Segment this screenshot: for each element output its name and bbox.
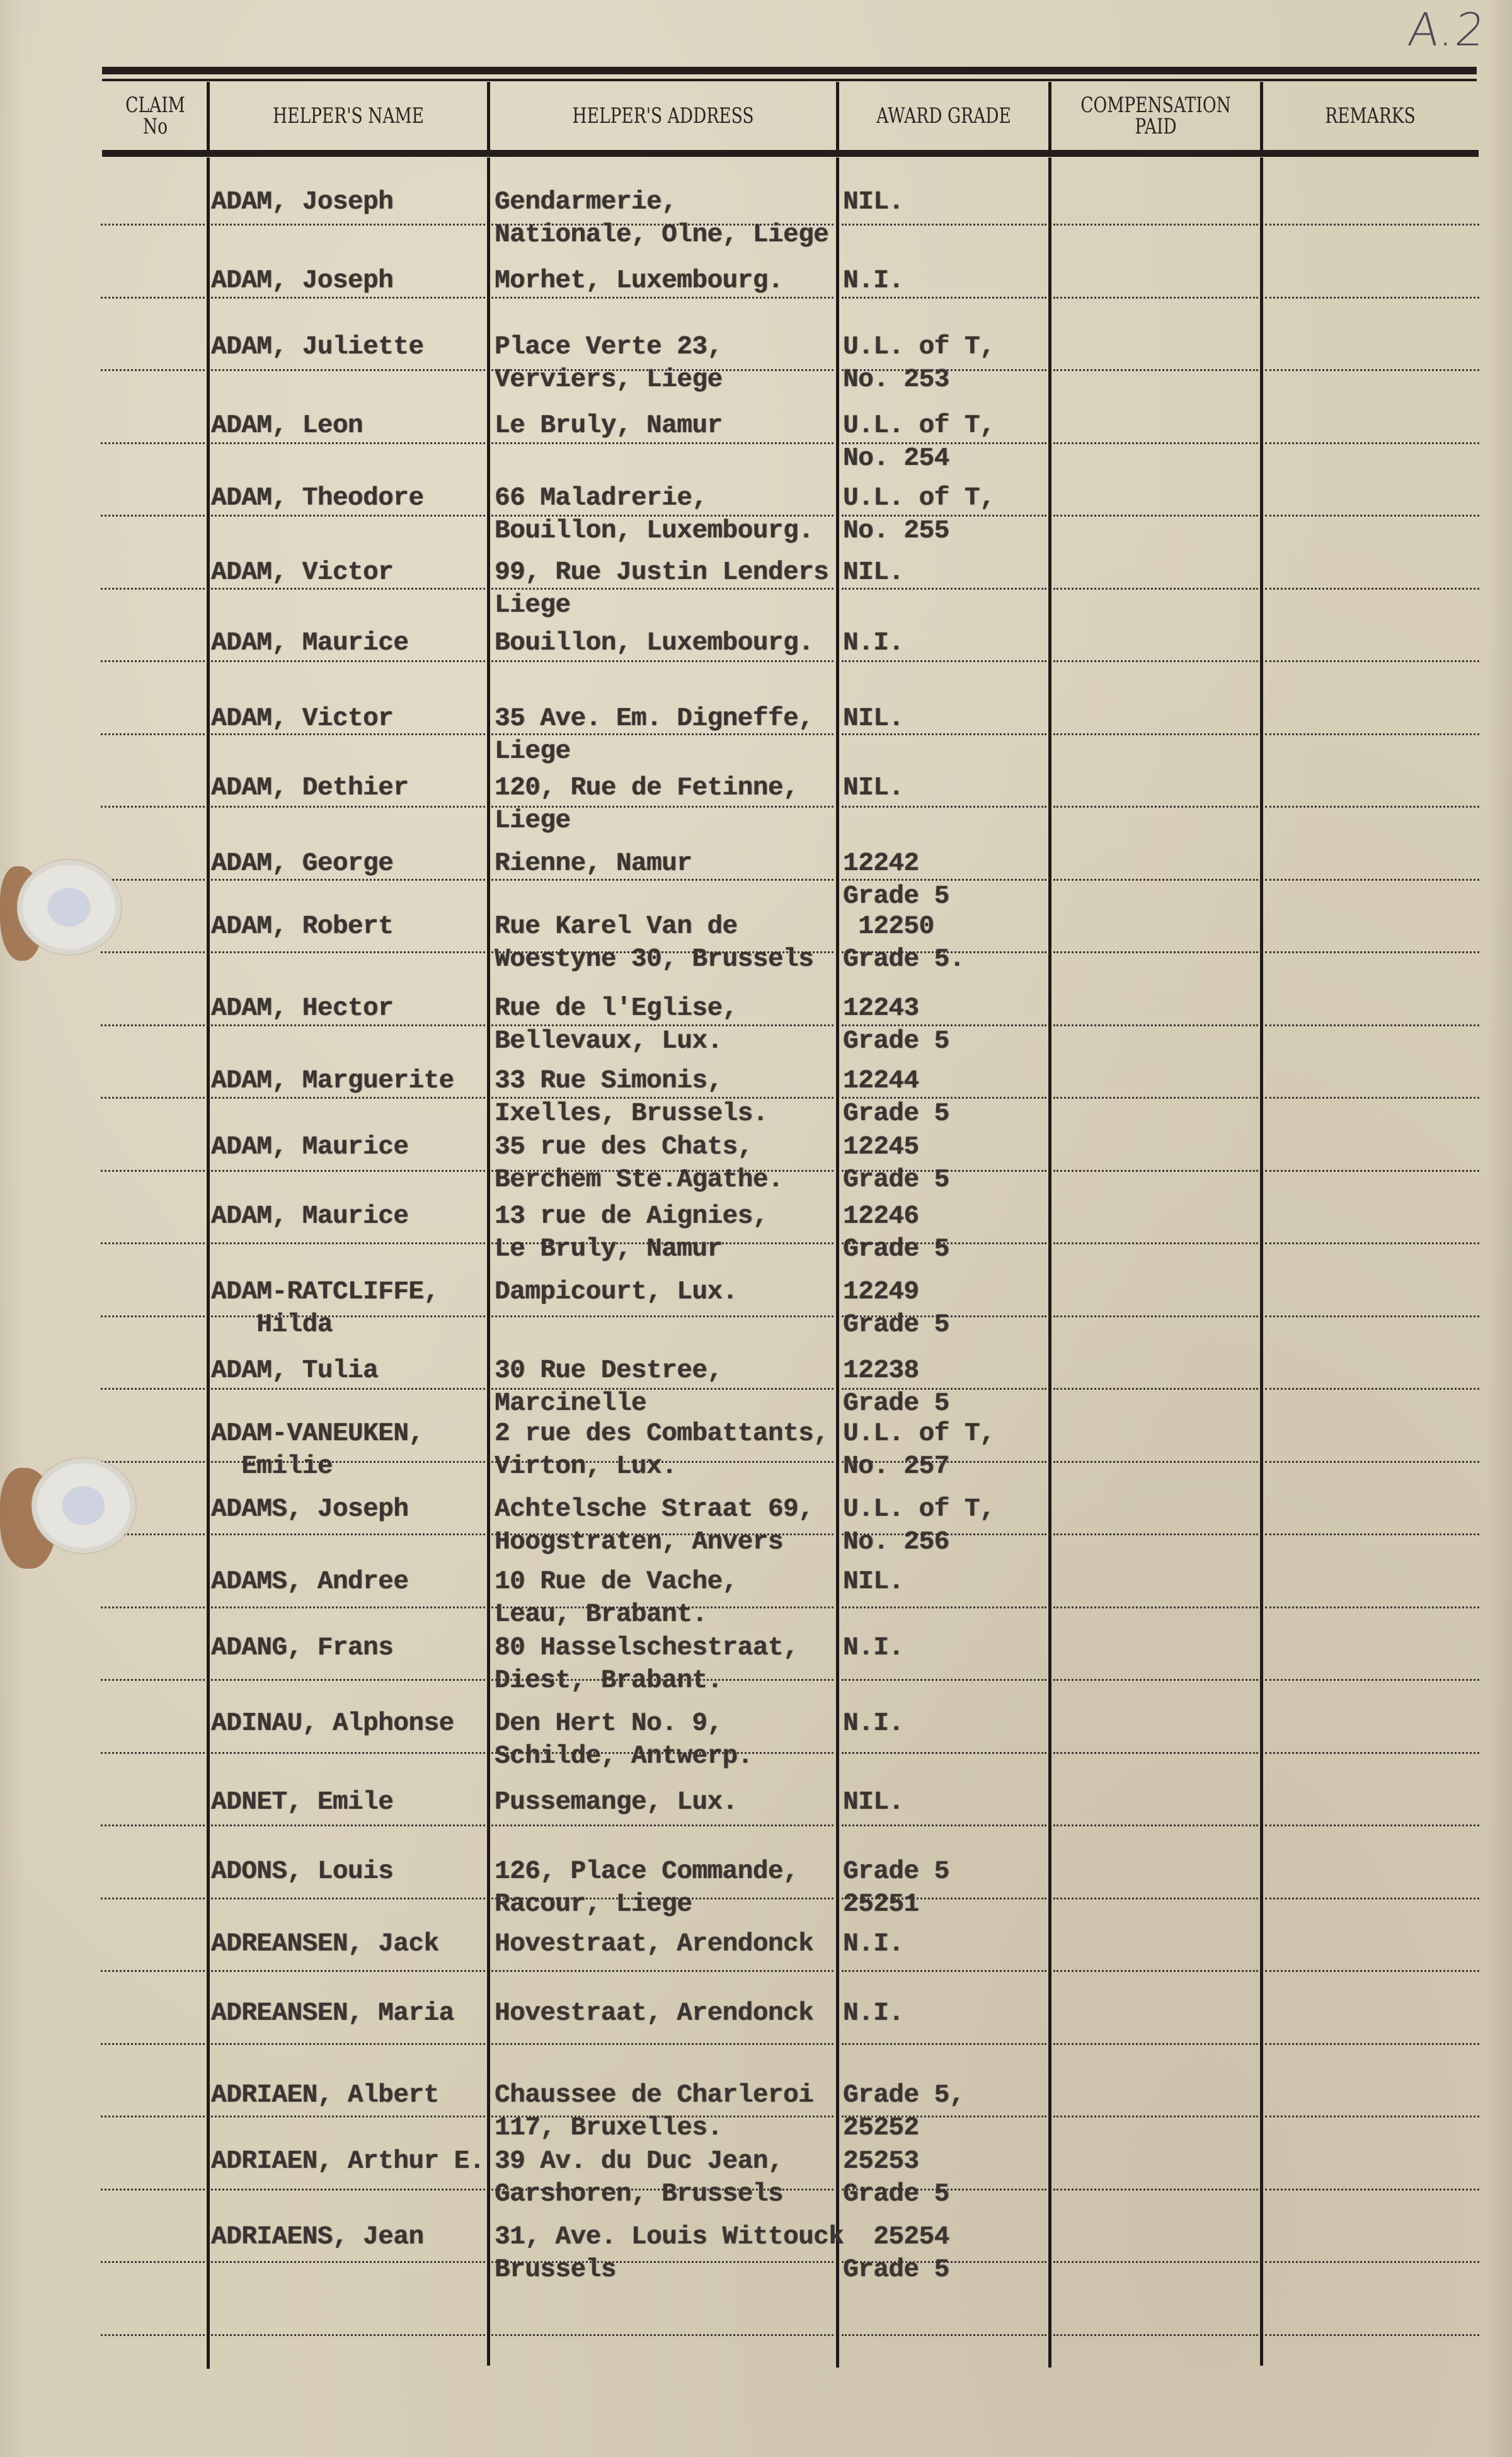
header-label: No <box>143 114 168 139</box>
entry-award: NIL. <box>843 556 903 589</box>
dotted-row-line <box>101 588 205 590</box>
entry-award: 25253 Grade 5 <box>843 2145 949 2211</box>
entry-name: ADANG, Frans <box>211 1632 393 1664</box>
dotted-row-line <box>211 1824 485 1826</box>
dotted-row-line <box>1265 2116 1479 2117</box>
dotted-row-line <box>1265 1898 1479 1899</box>
dotted-row-line <box>1053 1461 1258 1463</box>
dotted-row-line <box>491 660 833 662</box>
dotted-row-line <box>101 1097 205 1099</box>
entry-name: ADAM, Joseph <box>211 186 393 219</box>
dotted-row-line <box>842 1752 1046 1754</box>
entry-award: Grade 5 25251 <box>843 1855 949 1921</box>
column-line-claim <box>207 157 210 2369</box>
entry-award: NIL. <box>843 772 903 805</box>
dotted-row-line <box>842 1824 1046 1826</box>
dotted-row-line <box>1053 1752 1258 1754</box>
entry-address: 66 Maladrerie, Bouillon, Luxembourg. <box>495 482 813 547</box>
entry-award: NIL. <box>843 186 903 219</box>
header-divider <box>1048 82 1051 150</box>
entry-award: U.L. of T, No. 255 <box>843 482 995 547</box>
entry-name: ADAM, Theodore <box>211 482 423 515</box>
dotted-row-line <box>211 2189 485 2191</box>
dotted-row-line <box>101 1970 205 1972</box>
header-label: REMARKS <box>1325 105 1416 127</box>
dotted-row-line <box>1053 1533 1258 1535</box>
header-label: AWARD GRADE <box>876 105 1011 127</box>
dotted-row-line <box>1053 1970 1258 1972</box>
dotted-row-line <box>211 224 485 226</box>
entry-name: ADAM, Joseph <box>211 265 393 297</box>
entry-name: ADAM, Hector <box>211 992 393 1025</box>
entry-address: 120, Rue de Fetinne, Liege <box>495 772 798 837</box>
dotted-row-line <box>1053 1024 1258 1026</box>
entry-award: U.L. of T, No. 256 <box>843 1493 995 1559</box>
dotted-row-line <box>1053 1097 1258 1099</box>
dotted-row-line <box>211 2043 485 2045</box>
dotted-row-line <box>491 2043 833 2045</box>
entry-name: ADAM, Maurice <box>211 1131 408 1164</box>
entry-award: 12249 Grade 5 <box>843 1276 949 1341</box>
dotted-row-line <box>211 951 485 953</box>
dotted-row-line <box>1053 2116 1258 2117</box>
dotted-row-line <box>1053 442 1258 444</box>
dotted-row-line <box>101 1024 205 1026</box>
dotted-row-line <box>1265 1315 1479 1317</box>
dotted-row-line <box>842 806 1046 808</box>
dotted-row-line <box>211 806 485 808</box>
dotted-row-line <box>1053 806 1258 808</box>
dotted-row-line <box>1265 1170 1479 1172</box>
dotted-row-line <box>101 297 205 299</box>
entry-award: N.I. <box>843 1632 903 1664</box>
dotted-row-line <box>842 1970 1046 1972</box>
dotted-row-line <box>1265 1679 1479 1681</box>
entry-name: ADAM-RATCLIFFE, Hilda <box>211 1276 439 1341</box>
entry-name: ADRIAENS, Jean <box>211 2221 423 2254</box>
entry-address: Le Bruly, Namur <box>495 409 723 442</box>
dotted-row-line <box>1265 442 1479 444</box>
entry-address: 30 Rue Destree, Marcinelle <box>495 1354 723 1420</box>
dotted-row-line <box>1265 2261 1479 2263</box>
dotted-row-line <box>1265 297 1479 299</box>
dotted-row-line <box>1053 2189 1258 2191</box>
entry-address: 39 Av. du Duc Jean, Garshoren, Brussels <box>495 2145 783 2211</box>
entry-award: 12244 Grade 5 <box>843 1065 949 1130</box>
dotted-row-line <box>491 442 833 444</box>
entry-name: ADAM, Leon <box>211 409 363 442</box>
header-divider <box>1260 82 1263 150</box>
dotted-row-line <box>211 1970 485 1972</box>
dotted-row-line <box>101 1606 205 1608</box>
entry-name: ADAM, Maurice <box>211 627 408 660</box>
dotted-row-line <box>842 1679 1046 1681</box>
dotted-row-line <box>1265 951 1479 953</box>
entry-award: 25254 Grade 5 <box>843 2221 949 2286</box>
dotted-row-line <box>842 2334 1046 2336</box>
dotted-row-line <box>211 442 485 444</box>
dotted-row-line <box>1053 2261 1258 2263</box>
dotted-row-line <box>1265 1824 1479 1826</box>
dotted-row-line <box>211 1388 485 1390</box>
dotted-row-line <box>211 660 485 662</box>
dotted-row-line <box>1053 515 1258 517</box>
punch-hole-reinforcement <box>31 1458 135 1553</box>
dotted-row-line <box>101 1824 205 1826</box>
dotted-row-line <box>211 1242 485 1244</box>
dotted-row-line <box>1265 1461 1479 1463</box>
entry-address: Den Hert No. 9, Schilde, Antwerp. <box>495 1707 753 1773</box>
dotted-row-line <box>211 1170 485 1172</box>
dotted-row-line <box>1053 1315 1258 1317</box>
entry-address: Dampicourt, Lux. <box>495 1276 738 1309</box>
dotted-row-line <box>211 515 485 517</box>
dotted-row-line <box>1265 2334 1479 2336</box>
column-line-address <box>836 157 839 2368</box>
dotted-row-line <box>1265 1242 1479 1244</box>
column-header-remarks: REMARKS <box>1286 82 1453 150</box>
entry-address: 31, Ave. Louis Wittouck Brussels <box>495 2221 844 2286</box>
header-divider <box>836 82 839 150</box>
dotted-row-line <box>1053 369 1258 371</box>
entry-award: N.I. <box>843 1928 903 1961</box>
dotted-row-line <box>1053 1242 1258 1244</box>
column-header-helper-name: HELPER'S NAME <box>240 82 456 150</box>
dotted-row-line <box>101 2116 205 2117</box>
entry-address: Chaussee de Charleroi 117, Bruxelles. <box>495 2079 813 2145</box>
entry-name: ADREANSEN, Maria <box>211 1997 454 2030</box>
header-label: HELPER'S ADDRESS <box>572 105 753 127</box>
punch-hole-reinforcement <box>17 860 121 954</box>
entry-award: NIL. <box>843 1566 903 1598</box>
dotted-row-line <box>101 442 205 444</box>
dotted-row-line <box>101 1679 205 1681</box>
header-divider <box>207 82 210 150</box>
entry-name: ADINAU, Alphonse <box>211 1707 454 1740</box>
dotted-row-line <box>101 2334 205 2336</box>
dotted-row-line <box>1265 2043 1479 2045</box>
entry-award: U.L. of T, No. 253 <box>843 331 995 396</box>
entry-award: NIL. <box>843 702 903 735</box>
dotted-row-line <box>491 1970 833 1972</box>
header-label: PAID <box>1135 114 1176 139</box>
entry-award: 12250 Grade 5. <box>843 910 965 976</box>
dotted-row-line <box>1053 1898 1258 1899</box>
dotted-row-line <box>842 2043 1046 2045</box>
dotted-row-line <box>842 1606 1046 1608</box>
dotted-row-line <box>1053 733 1258 735</box>
entry-address: Rue Karel Van de Woestyne 30, Brussels <box>495 910 813 976</box>
entry-address: 126, Place Commande, Racour, Liege <box>495 1855 798 1921</box>
column-header-award-grade: AWARD GRADE <box>862 82 1026 150</box>
header-label: HELPER'S NAME <box>273 105 424 127</box>
dotted-row-line <box>1265 1752 1479 1754</box>
entry-name: ADAM-VANEUKEN, Emilie <box>211 1417 423 1483</box>
dotted-row-line <box>101 2043 205 2045</box>
dotted-row-line <box>101 2261 205 2263</box>
entry-award: 12245 Grade 5 <box>843 1131 949 1196</box>
dotted-row-line <box>1053 1824 1258 1826</box>
column-header-claim-no: CLAIMNo <box>115 82 195 150</box>
dotted-row-line <box>1265 2189 1479 2191</box>
dotted-row-line <box>1265 879 1479 881</box>
entry-address: 80 Hasselschestraat, Diest, Brabant. <box>495 1632 798 1697</box>
entry-name: ADREANSEN, Jack <box>211 1928 439 1961</box>
dotted-row-line <box>1265 1533 1479 1535</box>
dotted-row-line <box>101 1752 205 1754</box>
dotted-row-line <box>491 1315 833 1317</box>
dotted-row-line <box>1265 1388 1479 1390</box>
dotted-row-line <box>101 951 205 953</box>
dotted-row-line <box>101 733 205 735</box>
dotted-row-line <box>1053 660 1258 662</box>
dotted-row-line <box>101 660 205 662</box>
entry-award: Grade 5, 25252 <box>843 2079 965 2145</box>
dotted-row-line <box>1265 806 1479 808</box>
dotted-row-line <box>101 806 205 808</box>
entry-address: Gendarmerie, Nationale, Olne, Liege <box>495 186 828 251</box>
dotted-row-line <box>1265 1024 1479 1026</box>
dotted-row-line <box>1265 515 1479 517</box>
entry-award: 12243 Grade 5 <box>843 992 949 1058</box>
entry-address: Hovestraat, Arendonck <box>495 1997 813 2030</box>
entry-address: 10 Rue de Vache, Leau, Brabant. <box>495 1566 738 1631</box>
entry-name: ADRIAEN, Albert <box>211 2079 439 2112</box>
entry-award: 12246 Grade 5 <box>843 1200 949 1266</box>
entry-name: ADAMS, Andree <box>211 1566 408 1598</box>
dotted-row-line <box>1053 951 1258 953</box>
entry-name: ADNET, Emile <box>211 1786 393 1819</box>
dotted-row-line <box>1053 224 1258 226</box>
dotted-row-line <box>1053 1606 1258 1608</box>
entry-award: N.I. <box>843 1997 903 2030</box>
header-bottom-rule <box>102 150 1479 157</box>
entry-award: 12238 Grade 5 <box>843 1354 949 1420</box>
entry-address: Place Verte 23, Verviers, Liege <box>495 331 723 396</box>
dotted-row-line <box>211 1679 485 1681</box>
entry-address: 33 Rue Simonis, Ixelles, Brussels. <box>495 1065 768 1130</box>
entry-award: N.I. <box>843 1707 903 1740</box>
entry-address: Morhet, Luxembourg. <box>495 265 783 297</box>
dotted-row-line <box>1053 297 1258 299</box>
dotted-row-line <box>211 2116 485 2117</box>
dotted-row-line <box>101 1388 205 1390</box>
entry-name: ADAM, Maurice <box>211 1200 408 1233</box>
dotted-row-line <box>101 2189 205 2191</box>
column-header-compensation-paid: COMPENSATIONPAID <box>1074 82 1237 150</box>
dotted-row-line <box>1265 660 1479 662</box>
dotted-row-line <box>101 879 205 881</box>
entry-award: NIL. <box>843 1786 903 1819</box>
dotted-row-line <box>1053 1679 1258 1681</box>
entry-address: Bouillon, Luxembourg. <box>495 627 813 660</box>
dotted-row-line <box>211 369 485 371</box>
dotted-row-line <box>211 1898 485 1899</box>
entry-award: U.L. of T, No. 257 <box>843 1417 995 1483</box>
entry-award: N.I. <box>843 265 903 297</box>
entry-address: Achtelsche Straat 69, Hoogstraten, Anver… <box>495 1493 813 1559</box>
column-line-compensation <box>1260 157 1263 2366</box>
dotted-row-line <box>842 224 1046 226</box>
dotted-row-line <box>1265 369 1479 371</box>
entry-address: Hovestraat, Arendonck <box>495 1928 813 1961</box>
entry-name: ADAM, Victor <box>211 556 393 589</box>
entry-address: 99, Rue Justin Lenders Liege <box>495 556 828 622</box>
dotted-row-line <box>211 2334 485 2336</box>
dotted-row-line <box>101 515 205 517</box>
column-header-helper-address: HELPER'S ADDRESS <box>528 82 798 150</box>
top-thick-rule <box>102 67 1477 74</box>
entry-name: ADAM, Robert <box>211 910 393 943</box>
entry-address: Rienne, Namur <box>495 847 692 880</box>
dotted-row-line <box>842 660 1046 662</box>
dotted-row-line <box>491 2334 833 2336</box>
top-thin-rule <box>102 79 1477 81</box>
dotted-row-line <box>211 1752 485 1754</box>
entry-address: 35 rue des Chats, Berchem Ste.Agathe. <box>495 1131 783 1196</box>
entry-address: Rue de l'Eglise, Bellevaux, Lux. <box>495 992 738 1058</box>
dotted-row-line <box>1265 1097 1479 1099</box>
entry-award: 12242 Grade 5 <box>843 847 949 913</box>
entry-name: ADAM, Juliette <box>211 331 423 364</box>
dotted-row-line <box>211 1606 485 1608</box>
column-line-name <box>487 157 490 2366</box>
dotted-row-line <box>101 224 205 226</box>
dotted-row-line <box>211 2261 485 2263</box>
dotted-row-line <box>1053 588 1258 590</box>
dotted-row-line <box>101 1170 205 1172</box>
entry-name: ADAM, Tulia <box>211 1354 378 1387</box>
page-number-handwritten: A.2 <box>1405 3 1480 60</box>
entry-address: 35 Ave. Em. Digneffe, Liege <box>495 702 813 768</box>
dotted-row-line <box>1265 733 1479 735</box>
entry-address: 13 rue de Aignies, Le Bruly, Namur <box>495 1200 768 1266</box>
dotted-row-line <box>1265 588 1479 590</box>
dotted-row-line <box>1053 879 1258 881</box>
dotted-row-line <box>1053 1170 1258 1172</box>
entry-award: N.I. <box>843 627 903 660</box>
dotted-row-line <box>1053 2334 1258 2336</box>
entry-name: ADAM, Marguerite <box>211 1065 454 1097</box>
entry-name: ADAMS, Joseph <box>211 1493 408 1526</box>
dotted-row-line <box>1053 2043 1258 2045</box>
dotted-row-line <box>1265 1606 1479 1608</box>
dotted-row-line <box>101 1242 205 1244</box>
entry-address: 2 rue des Combattants, Virton, Lux. <box>495 1417 828 1483</box>
entry-name: ADONS, Louis <box>211 1855 393 1888</box>
column-line-award <box>1048 157 1051 2368</box>
entry-award: U.L. of T, No. 254 <box>843 409 995 475</box>
dotted-row-line <box>1265 224 1479 226</box>
dotted-row-line <box>101 1315 205 1317</box>
dotted-row-line <box>211 1533 485 1535</box>
dotted-row-line <box>101 1461 205 1463</box>
dotted-row-line <box>101 369 205 371</box>
entry-name: ADAM, Dethier <box>211 772 408 805</box>
entry-name: ADAM, Victor <box>211 702 393 735</box>
dotted-row-line <box>101 1898 205 1899</box>
entry-name: ADRIAEN, Arthur E. <box>211 2145 484 2178</box>
entry-address: Pussemange, Lux. <box>495 1786 738 1819</box>
dotted-row-line <box>1053 1388 1258 1390</box>
dotted-row-line <box>1265 1970 1479 1972</box>
header-divider <box>487 82 490 150</box>
dotted-row-line <box>491 1824 833 1826</box>
entry-name: ADAM, George <box>211 847 393 880</box>
